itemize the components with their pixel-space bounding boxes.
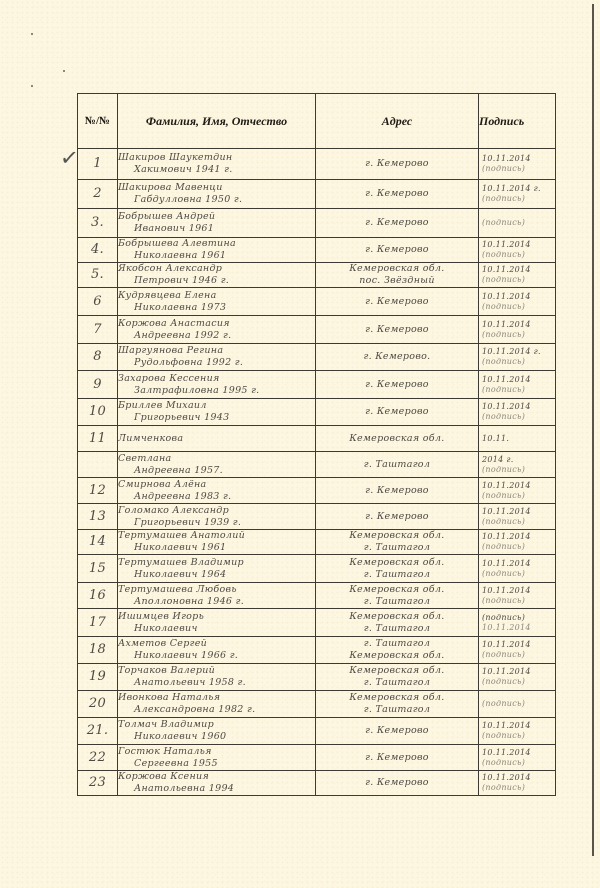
row-number: 20 <box>78 698 117 710</box>
name-line-1: Кудрявцева Елена <box>118 290 315 302</box>
address-cell: г. Кемерово <box>316 771 479 796</box>
signature-scribble: (подпись) <box>479 650 555 660</box>
speck <box>31 85 33 87</box>
row-number: 22 <box>78 752 117 764</box>
signature-scribble: 10.11.2014 <box>479 623 555 633</box>
full-name-cell: Тертумашев АнатолийНиколаевич 1961 <box>118 530 316 555</box>
signature-scribble: (подпись) <box>479 731 555 741</box>
row-number: 8 <box>78 351 117 363</box>
signature-cell: 10.11.2014(подпись) <box>479 238 556 263</box>
address-cell: Кемеровская обл.г. Таштагол <box>316 530 479 555</box>
address-line-1: г. Кемерово <box>316 725 478 737</box>
signature-cell: 10.11.2014 г.(подпись) <box>479 180 556 209</box>
signature-date: 10.11.2014 <box>479 265 555 275</box>
signature-scribble: (подпись) <box>479 385 555 395</box>
signature-date: 10.11.2014 <box>479 240 555 250</box>
name-line-2: Залтрафиловна 1995 г. <box>118 385 315 397</box>
name-line-1: Захарова Кессения <box>118 373 315 385</box>
address-line-1: Кемеровская обл. <box>316 557 478 569</box>
speck <box>31 33 33 35</box>
row-number: 19 <box>78 671 117 683</box>
table-row: 3.Бобрышев АндрейИванович 1961г. Кемеров… <box>78 209 556 238</box>
name-line-2: Николаевич 1961 <box>118 542 315 554</box>
name-line-1: Смирнова Алёна <box>118 479 315 491</box>
name-line-2: Сергеевна 1955 <box>118 758 315 770</box>
name-line-2: Григорьевич 1943 <box>118 412 315 424</box>
row-number-cell: 23 <box>78 771 118 796</box>
address-line-2: г. Таштагол <box>316 569 478 581</box>
address-cell: г. Кемерово <box>316 504 479 530</box>
full-name-cell: СветланаАндреевна 1957. <box>118 452 316 478</box>
table-row: 18Ахметов СергейНиколаевич 1966 г.г. Таш… <box>78 637 556 664</box>
signature-scribble: (подпись) <box>479 357 555 367</box>
address-line-1: Кемеровская обл. <box>316 611 478 623</box>
full-name-cell: Кудрявцева ЕленаНиколаевна 1973 <box>118 288 316 316</box>
full-name-cell: Бриллев МихаилГригорьевич 1943 <box>118 399 316 426</box>
address-line-1: г. Кемерово <box>316 379 478 391</box>
address-cell: г. Кемерово <box>316 478 479 504</box>
signature-cell: 10.11.2014(подпись) <box>479 371 556 399</box>
signature-cell: 10.11.2014(подпись) <box>479 478 556 504</box>
full-name-cell: Коржова КсенияАнатольевна 1994 <box>118 771 316 796</box>
name-line-1: Коржова Анастасия <box>118 318 315 330</box>
address-line-1: г. Таштагол <box>316 459 478 471</box>
address-cell: г. Кемерово <box>316 745 479 771</box>
address-line-1: г. Кемерово <box>316 217 478 229</box>
full-name-cell: Тертумашева ЛюбовьАполлоновна 1946 г. <box>118 583 316 609</box>
table-row: 6Кудрявцева ЕленаНиколаевна 1973г. Кемер… <box>78 288 556 316</box>
name-line-1: Толмач Владимир <box>118 719 315 731</box>
table-row: 14Тертумашев АнатолийНиколаевич 1961Кеме… <box>78 530 556 555</box>
header-number: №/№ <box>78 94 118 149</box>
signature-scribble: (подпись) <box>479 699 555 709</box>
row-number-cell: 5. <box>78 263 118 288</box>
address-line-1: г. Кемерово <box>316 244 478 256</box>
signature-scribble: (подпись) <box>479 330 555 340</box>
signature-cell: 10.11.2014(подпись) <box>479 399 556 426</box>
address-cell: Кемеровская обл.пос. Звёздный <box>316 263 479 288</box>
full-name-cell: Бобрышев АндрейИванович 1961 <box>118 209 316 238</box>
row-number: 16 <box>78 590 117 602</box>
address-line-1: г. Кемерово <box>316 324 478 336</box>
full-name-cell: Коржова АнастасияАндреевна 1992 г. <box>118 316 316 344</box>
name-line-1: Шаргуянова Регина <box>118 345 315 357</box>
signature-scribble: (подпись) <box>479 596 555 606</box>
address-line-1: г. Кемерово <box>316 485 478 497</box>
full-name-cell: Шакиров ШаукетдинХакимович 1941 г. <box>118 149 316 180</box>
row-number-cell: 4. <box>78 238 118 263</box>
name-line-1: Бобрышева Алевтина <box>118 238 315 250</box>
signature-date: 10.11.2014 г. <box>479 347 555 357</box>
row-number-cell: 19 <box>78 664 118 691</box>
full-name-cell: Толмач ВладимирНиколаевич 1960 <box>118 718 316 745</box>
row-number-cell: 2 <box>78 180 118 209</box>
row-number: 5. <box>78 269 117 281</box>
address-cell: г. Кемерово. <box>316 344 479 371</box>
signature-cell: 10.11.2014 г.(подпись) <box>479 344 556 371</box>
row-number-cell: 7 <box>78 316 118 344</box>
address-cell: г. Кемерово <box>316 288 479 316</box>
name-line-2: Григорьевич 1939 г. <box>118 517 315 529</box>
row-number: 18 <box>78 644 117 656</box>
table-row: 21.Толмач ВладимирНиколаевич 1960г. Кеме… <box>78 718 556 745</box>
address-cell: Кемеровская обл.г. Таштагол <box>316 691 479 718</box>
signature-date: 10.11.2014 <box>479 748 555 758</box>
table-row: 11ЛимченковаКемеровская обл.10.11. <box>78 426 556 452</box>
name-line-1: Гостюк Наталья <box>118 746 315 758</box>
row-number-cell: 8 <box>78 344 118 371</box>
name-line-2: Александровна 1982 г. <box>118 704 315 716</box>
signature-date: 10.11.2014 <box>479 292 555 302</box>
signature-cell: 10.11.2014(подпись) <box>479 771 556 796</box>
name-line-1: Лимченкова <box>118 433 315 445</box>
table-row: 22Гостюк НатальяСергеевна 1955г. Кемеров… <box>78 745 556 771</box>
row-number-cell: 3. <box>78 209 118 238</box>
full-name-cell: Голомако АлександрГригорьевич 1939 г. <box>118 504 316 530</box>
signature-scribble: (подпись) <box>479 164 555 174</box>
table-row: 15Тертумашев ВладимирНиколаевич 1964Кеме… <box>78 555 556 583</box>
address-line-1: г. Кемерово <box>316 777 478 789</box>
address-line-1: Кемеровская обл. <box>316 433 478 445</box>
name-line-2: Габдулловна 1950 г. <box>118 194 315 206</box>
row-number: 10 <box>78 406 117 418</box>
address-line-1: Кемеровская обл. <box>316 263 478 275</box>
signature-scribble: (подпись) <box>479 412 555 422</box>
row-number-cell: 17 <box>78 609 118 637</box>
name-line-2: Иванович 1961 <box>118 223 315 235</box>
full-name-cell: Бобрышева АлевтинаНиколаевна 1961 <box>118 238 316 263</box>
full-name-cell: Ишимцев ИгорьНиколаевич <box>118 609 316 637</box>
full-name-cell: Якобсон АлександрПетрович 1946 г. <box>118 263 316 288</box>
signature-cell: 10.11.2014(подпись) <box>479 263 556 288</box>
header-signature: Подпись <box>479 94 556 149</box>
signature-date: 10.11.2014 <box>479 154 555 164</box>
row-number-cell: 11 <box>78 426 118 452</box>
address-line-2: г. Таштагол <box>316 704 478 716</box>
table-row: 16Тертумашева ЛюбовьАполлоновна 1946 г.К… <box>78 583 556 609</box>
signature-scribble: (подпись) <box>479 250 555 260</box>
signature-cell: 10.11.2014(подпись) <box>479 664 556 691</box>
name-line-2: Николаевна 1961 <box>118 250 315 262</box>
signature-scribble: (подпись) <box>479 758 555 768</box>
row-number: 2 <box>78 188 117 200</box>
speck <box>63 70 65 72</box>
address-line-2: г. Таштагол <box>316 596 478 608</box>
table-row: 7Коржова АнастасияАндреевна 1992 г.г. Ке… <box>78 316 556 344</box>
name-line-1: Светлана <box>118 453 315 465</box>
table-row: 8Шаргуянова РегинаРудольфовна 1992 г.г. … <box>78 344 556 371</box>
full-name-cell: Шакирова МавенциГабдулловна 1950 г. <box>118 180 316 209</box>
row-number: 3. <box>78 217 117 229</box>
name-line-2: Николаевич 1960 <box>118 731 315 743</box>
name-line-1: Тертумашев Анатолий <box>118 530 315 542</box>
signature-cell: (подпись) <box>479 209 556 238</box>
signature-date: 10.11.2014 г. <box>479 184 555 194</box>
row-number-cell: 9 <box>78 371 118 399</box>
name-line-1: Ишимцев Игорь <box>118 611 315 623</box>
row-number: 11 <box>78 433 117 445</box>
header-row: №/№ Фамилия, Имя, Отчество Адрес Подпись <box>78 94 556 149</box>
signature-date: 10.11.2014 <box>479 532 555 542</box>
signature-scribble: (подпись) <box>479 569 555 579</box>
signature-cell: 10.11.2014(подпись) <box>479 530 556 555</box>
address-line-1: г. Кемерово <box>316 158 478 170</box>
address-cell: г. Кемерово <box>316 316 479 344</box>
signature-date: 10.11.2014 <box>479 375 555 385</box>
name-line-1: Тертумашев Владимир <box>118 557 315 569</box>
full-name-cell: Смирнова АлёнаАндреевна 1983 г. <box>118 478 316 504</box>
row-number-cell: 16 <box>78 583 118 609</box>
signature-cell: (подпись)10.11.2014 <box>479 609 556 637</box>
address-line-2: г. Таштагол <box>316 623 478 635</box>
address-cell: Кемеровская обл.г. Таштагол <box>316 609 479 637</box>
address-line-1: Кемеровская обл. <box>316 665 478 677</box>
name-line-2: Николаевич 1966 г. <box>118 650 315 662</box>
signature-date: 10.11.2014 <box>479 773 555 783</box>
signature-scribble: (подпись) <box>479 218 555 228</box>
row-number: 17 <box>78 617 117 629</box>
table-row: 2Шакирова МавенциГабдулловна 1950 г.г. К… <box>78 180 556 209</box>
signature-scribble: (подпись) <box>479 542 555 552</box>
name-line-2: Анатольевич 1958 г. <box>118 677 315 689</box>
address-cell: г. ТаштаголКемеровская обл. <box>316 637 479 664</box>
row-number: 4. <box>78 244 117 256</box>
name-line-1: Торчаков Валерий <box>118 665 315 677</box>
name-line-2: Аполлоновна 1946 г. <box>118 596 315 608</box>
row-number-cell: 13 <box>78 504 118 530</box>
table-row: 4.Бобрышева АлевтинаНиколаевна 1961г. Ке… <box>78 238 556 263</box>
signature-cell: 10.11.2014(подпись) <box>479 288 556 316</box>
row-number-cell: 20 <box>78 691 118 718</box>
name-line-1: Бобрышев Андрей <box>118 211 315 223</box>
signature-scribble: (подпись) <box>479 465 555 475</box>
address-cell: г. Кемерово <box>316 209 479 238</box>
signature-cell: 10.11.2014(подпись) <box>479 504 556 530</box>
full-name-cell: Ивонкова НатальяАлександровна 1982 г. <box>118 691 316 718</box>
full-name-cell: Торчаков ВалерийАнатольевич 1958 г. <box>118 664 316 691</box>
check-mark-icon: ✓ <box>59 146 75 171</box>
table-row: 19Торчаков ВалерийАнатольевич 1958 г.Кем… <box>78 664 556 691</box>
row-number: 23 <box>78 777 117 789</box>
row-number: 12 <box>78 485 117 497</box>
signature-cell: 10.11.2014(подпись) <box>479 637 556 664</box>
signature-date: (подпись) <box>479 613 555 623</box>
signature-cell: 10.11.2014(подпись) <box>479 718 556 745</box>
signature-cell: 10.11.2014(подпись) <box>479 149 556 180</box>
table-row: 23Коржова КсенияАнатольевна 1994г. Кемер… <box>78 771 556 796</box>
address-line-1: Кемеровская обл. <box>316 692 478 704</box>
signature-cell: 10.11.2014(подпись) <box>479 745 556 771</box>
signature-date: 2014 г. <box>479 455 555 465</box>
address-cell: г. Кемерово <box>316 238 479 263</box>
signature-date: 10.11.2014 <box>479 481 555 491</box>
name-line-2: Николаевич 1964 <box>118 569 315 581</box>
row-number: 14 <box>78 536 117 548</box>
name-line-2: Андреевна 1983 г. <box>118 491 315 503</box>
address-line-1: г. Кемерово <box>316 188 478 200</box>
signature-scribble: (подпись) <box>479 677 555 687</box>
address-cell: г. Кемерово <box>316 371 479 399</box>
signature-cell: 10.11.2014(подпись) <box>479 316 556 344</box>
name-line-2: Андреевна 1992 г. <box>118 330 315 342</box>
address-line-1: г. Таштагол <box>316 638 478 650</box>
name-line-1: Тертумашева Любовь <box>118 584 315 596</box>
name-line-2: Андреевна 1957. <box>118 465 315 477</box>
row-number: 15 <box>78 563 117 575</box>
name-line-1: Якобсон Александр <box>118 263 315 275</box>
table-row: 9Захарова КессенияЗалтрафиловна 1995 г.г… <box>78 371 556 399</box>
table-row: 10Бриллев МихаилГригорьевич 1943г. Кемер… <box>78 399 556 426</box>
address-line-2: г. Таштагол <box>316 542 478 554</box>
address-line-1: г. Кемерово <box>316 752 478 764</box>
signature-date: 10.11. <box>479 434 555 444</box>
signature-date: 10.11.2014 <box>479 559 555 569</box>
signature-scribble: (подпись) <box>479 302 555 312</box>
row-number: 13 <box>78 511 117 523</box>
address-line-1: Кемеровская обл. <box>316 530 478 542</box>
address-line-1: г. Кемерово. <box>316 351 478 363</box>
table-row: 20Ивонкова НатальяАлександровна 1982 г.К… <box>78 691 556 718</box>
row-number-cell: 10 <box>78 399 118 426</box>
row-number: 7 <box>78 324 117 336</box>
full-name-cell: Лимченкова <box>118 426 316 452</box>
name-line-2: Хакимович 1941 г. <box>118 164 315 176</box>
signature-cell: (подпись) <box>479 691 556 718</box>
row-number-cell: 12 <box>78 478 118 504</box>
name-line-1: Шакиров Шаукетдин <box>118 152 315 164</box>
name-line-1: Бриллев Михаил <box>118 400 315 412</box>
signature-scribble: (подпись) <box>479 275 555 285</box>
address-cell: г. Кемерово <box>316 149 479 180</box>
address-cell: г. Кемерово <box>316 399 479 426</box>
address-line-1: г. Кемерово <box>316 406 478 418</box>
address-cell: Кемеровская обл.г. Таштагол <box>316 664 479 691</box>
row-number-cell: 1 <box>78 149 118 180</box>
full-name-cell: Ахметов СергейНиколаевич 1966 г. <box>118 637 316 664</box>
name-line-1: Коржова Ксения <box>118 771 315 783</box>
page-edge-rule <box>592 4 594 856</box>
table-row: 17Ишимцев ИгорьНиколаевичКемеровская обл… <box>78 609 556 637</box>
row-number: 6 <box>78 296 117 308</box>
row-number: 9 <box>78 379 117 391</box>
address-cell: г. Кемерово <box>316 180 479 209</box>
signature-scribble: (подпись) <box>479 491 555 501</box>
signature-scribble: (подпись) <box>479 517 555 527</box>
full-name-cell: Захарова КессенияЗалтрафиловна 1995 г. <box>118 371 316 399</box>
header-full-name: Фамилия, Имя, Отчество <box>118 94 316 149</box>
address-line-1: г. Кемерово <box>316 296 478 308</box>
signature-cell: 10.11.2014(подпись) <box>479 555 556 583</box>
table-row: 12Смирнова АлёнаАндреевна 1983 г.г. Кеме… <box>78 478 556 504</box>
name-line-1: Голомако Александр <box>118 505 315 517</box>
table-row: 1Шакиров ШаукетдинХакимович 1941 г.г. Ке… <box>78 149 556 180</box>
signature-scribble: (подпись) <box>479 194 555 204</box>
signature-date: 10.11.2014 <box>479 402 555 412</box>
full-name-cell: Шаргуянова РегинаРудольфовна 1992 г. <box>118 344 316 371</box>
signature-table: №/№ Фамилия, Имя, Отчество Адрес Подпись… <box>77 93 556 796</box>
signature-date: 10.11.2014 <box>479 507 555 517</box>
row-number-cell: 6 <box>78 288 118 316</box>
address-cell: Кемеровская обл.г. Таштагол <box>316 555 479 583</box>
address-cell: г. Кемерово <box>316 718 479 745</box>
name-line-2: Николаевна 1973 <box>118 302 315 314</box>
row-number-cell: 18 <box>78 637 118 664</box>
full-name-cell: Гостюк НатальяСергеевна 1955 <box>118 745 316 771</box>
row-number: 21. <box>78 725 117 737</box>
address-line-1: г. Кемерово <box>316 511 478 523</box>
address-line-2: пос. Звёздный <box>316 275 478 287</box>
row-number-cell: 22 <box>78 745 118 771</box>
signature-scribble: (подпись) <box>479 783 555 793</box>
row-number-cell: 14 <box>78 530 118 555</box>
row-number-cell: 21. <box>78 718 118 745</box>
address-cell: г. Таштагол <box>316 452 479 478</box>
signature-date: 10.11.2014 <box>479 721 555 731</box>
table-row: СветланаАндреевна 1957.г. Таштагол2014 г… <box>78 452 556 478</box>
signature-date: 10.11.2014 <box>479 640 555 650</box>
name-line-2: Петрович 1946 г. <box>118 275 315 287</box>
address-cell: Кемеровская обл. <box>316 426 479 452</box>
name-line-2: Рудольфовна 1992 г. <box>118 357 315 369</box>
full-name-cell: Тертумашев ВладимирНиколаевич 1964 <box>118 555 316 583</box>
row-number: 1 <box>78 158 117 170</box>
table-row: 5.Якобсон АлександрПетрович 1946 г.Кемер… <box>78 263 556 288</box>
signature-date: 10.11.2014 <box>479 667 555 677</box>
name-line-2: Николаевич <box>118 623 315 635</box>
signature-cell: 10.11. <box>479 426 556 452</box>
signature-cell: 10.11.2014(подпись) <box>479 583 556 609</box>
address-line-2: г. Таштагол <box>316 677 478 689</box>
signature-date: 10.11.2014 <box>479 586 555 596</box>
row-number-cell <box>78 452 118 478</box>
signature-cell: 2014 г.(подпись) <box>479 452 556 478</box>
name-line-1: Ивонкова Наталья <box>118 692 315 704</box>
table-row: 13Голомако АлександрГригорьевич 1939 г.г… <box>78 504 556 530</box>
row-number-cell: 15 <box>78 555 118 583</box>
header-address: Адрес <box>316 94 479 149</box>
name-line-2: Анатольевна 1994 <box>118 783 315 795</box>
address-line-1: Кемеровская обл. <box>316 584 478 596</box>
address-line-2: Кемеровская обл. <box>316 650 478 662</box>
address-cell: Кемеровская обл.г. Таштагол <box>316 583 479 609</box>
name-line-1: Шакирова Мавенци <box>118 182 315 194</box>
signature-date: 10.11.2014 <box>479 320 555 330</box>
name-line-1: Ахметов Сергей <box>118 638 315 650</box>
